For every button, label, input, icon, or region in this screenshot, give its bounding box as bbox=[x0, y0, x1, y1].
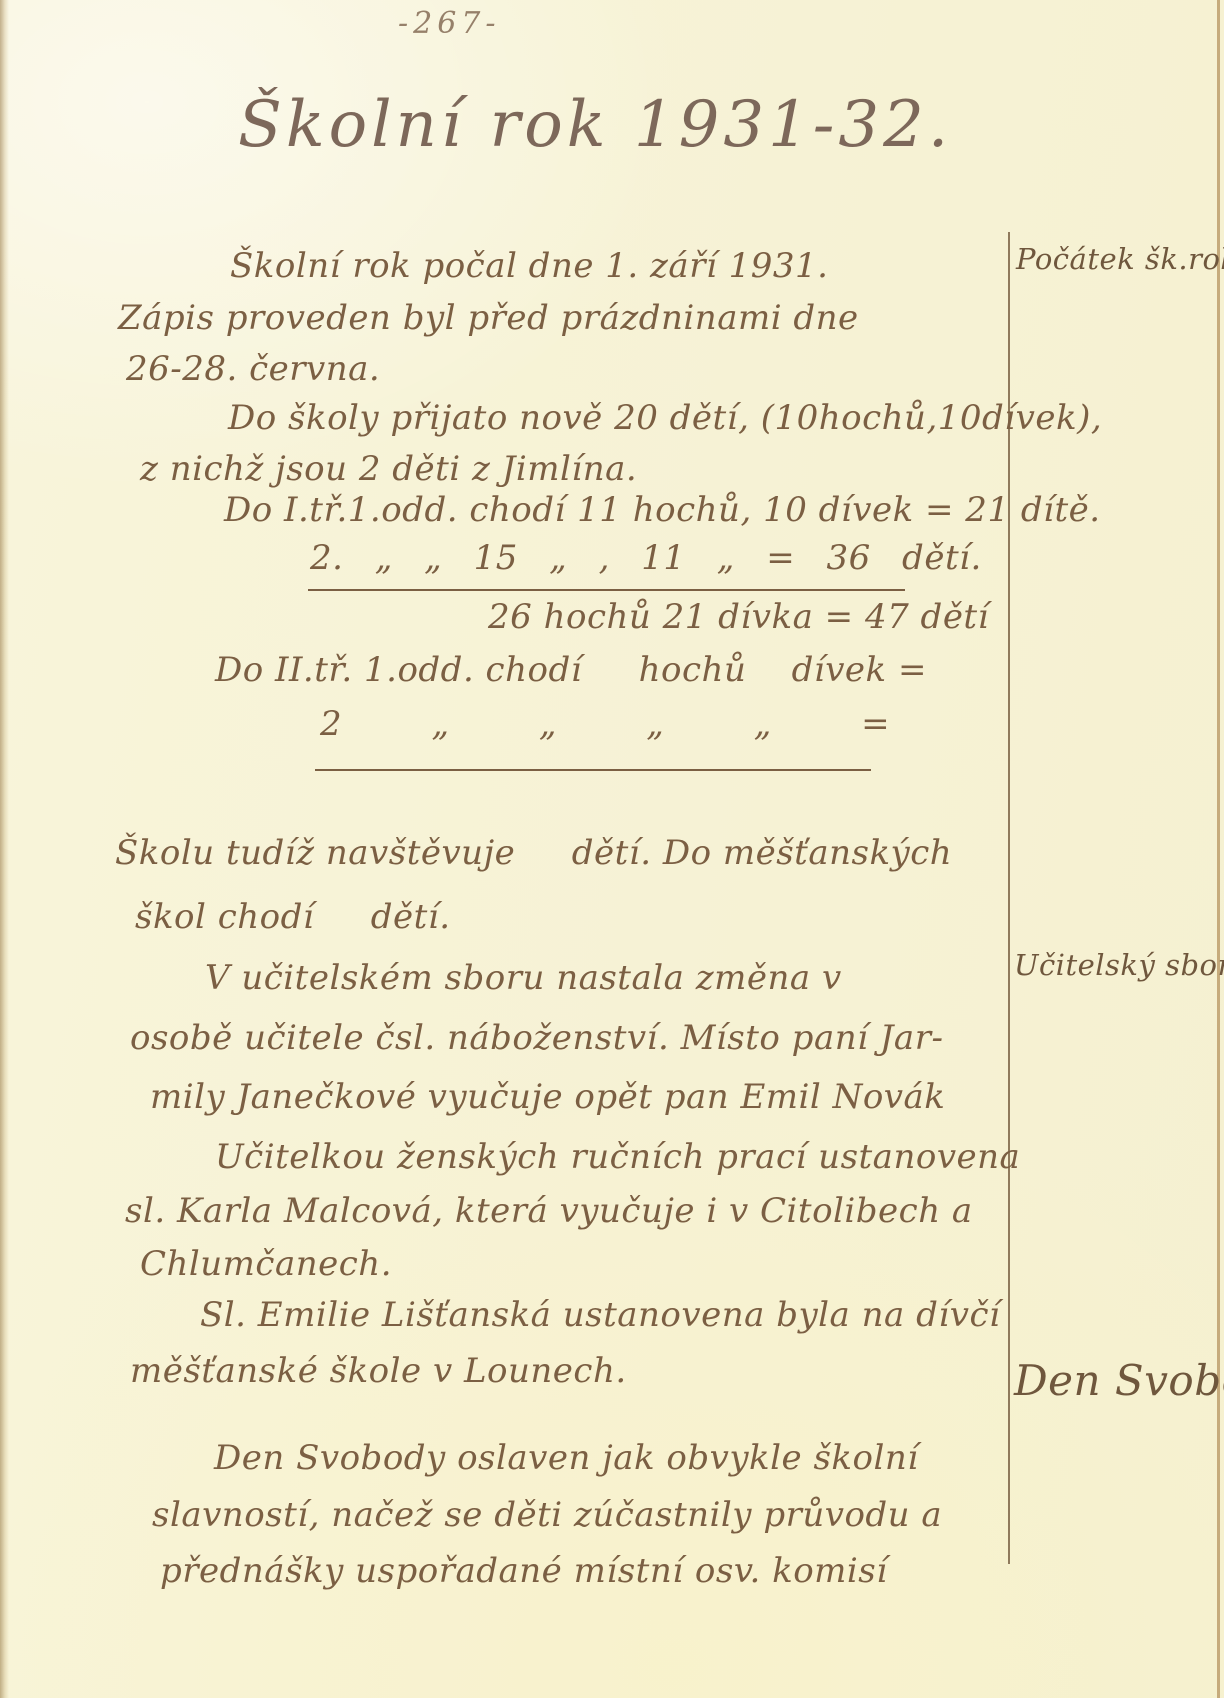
text-line-freedom-day: Den Svobody oslaven jak obvykle školní bbox=[214, 1438, 919, 1478]
margin-note-teaching-staff: Učitelský sbor bbox=[1014, 948, 1224, 982]
text-line-freedom-day-lecture: přednášky uspořadané místní osv. komisí bbox=[160, 1551, 888, 1591]
text-line-attendance: Školu tudíž navštěvuje dětí. Do měšťansk… bbox=[115, 833, 952, 873]
text-line-karla-malcova: sl. Karla Malcová, která vyučuje i v Cit… bbox=[125, 1191, 973, 1231]
margin-note-freedom-day: Den Svobody bbox=[1014, 1356, 1224, 1405]
text-line-emil-novak: mily Janečkové vyučuje opět pan Emil Nov… bbox=[150, 1077, 945, 1117]
text-line-chlumcany: Chlumčanech. bbox=[140, 1244, 392, 1284]
sum-underline-first bbox=[308, 589, 905, 591]
text-line-new-pupils: Do školy přijato nově 20 dětí, (10hochů,… bbox=[228, 398, 1102, 438]
text-line-class1-row2: 2. „ „ 15 „ , 11 „ = 36 dětí. bbox=[310, 538, 982, 578]
chronicle-page: -267- Školní rok 1931-32. Počátek šk.rok… bbox=[0, 0, 1224, 1698]
text-line-freedom-day-parade: slavností, načež se děti zúčastnily prův… bbox=[152, 1495, 942, 1535]
page-binding-edge bbox=[0, 0, 9, 1698]
text-line-jimlin-children: z nichž jsou 2 děti z Jimlína. bbox=[140, 449, 637, 489]
text-line-enrollment-dates: 26-28. června. bbox=[126, 349, 380, 389]
page-number: -267- bbox=[398, 6, 501, 41]
text-line-school-year-began: Školní rok počal dne 1. září 1931. bbox=[230, 246, 828, 286]
text-line-emilie-listanska: Sl. Emilie Lišťanská ustanovena byla na … bbox=[200, 1295, 1000, 1335]
text-line-class1-counts: Do I.tř.1.odd. chodí 11 hochů, 10 dívek … bbox=[224, 490, 1101, 530]
text-line-enrollment: Zápis proveden byl před prázdninami dne bbox=[118, 298, 859, 338]
text-line-louny-school: měšťanské škole v Lounech. bbox=[130, 1351, 627, 1391]
text-line-class2-row2: 2 „ „ „ „ = bbox=[320, 704, 890, 744]
text-line-staff-change: V učitelském sboru nastala změna v bbox=[205, 958, 842, 998]
page-title: Školní rok 1931-32. bbox=[238, 88, 952, 162]
text-line-handicrafts-teacher: Učitelkou ženských ručních prací ustanov… bbox=[215, 1137, 1020, 1177]
sum-underline-second bbox=[315, 769, 871, 771]
text-line-attendance-cont: škol chodí dětí. bbox=[135, 897, 451, 937]
text-line-religion-teacher: osobě učitele čsl. náboženství. Místo pa… bbox=[130, 1018, 943, 1058]
margin-note-school-year-start: Počátek šk.roku. bbox=[1016, 242, 1224, 276]
text-line-class1-total: 26 hochů 21 dívka = 47 dětí bbox=[488, 597, 989, 637]
text-line-class2-counts: Do II.tř. 1.odd. chodí hochů dívek = bbox=[215, 650, 927, 690]
